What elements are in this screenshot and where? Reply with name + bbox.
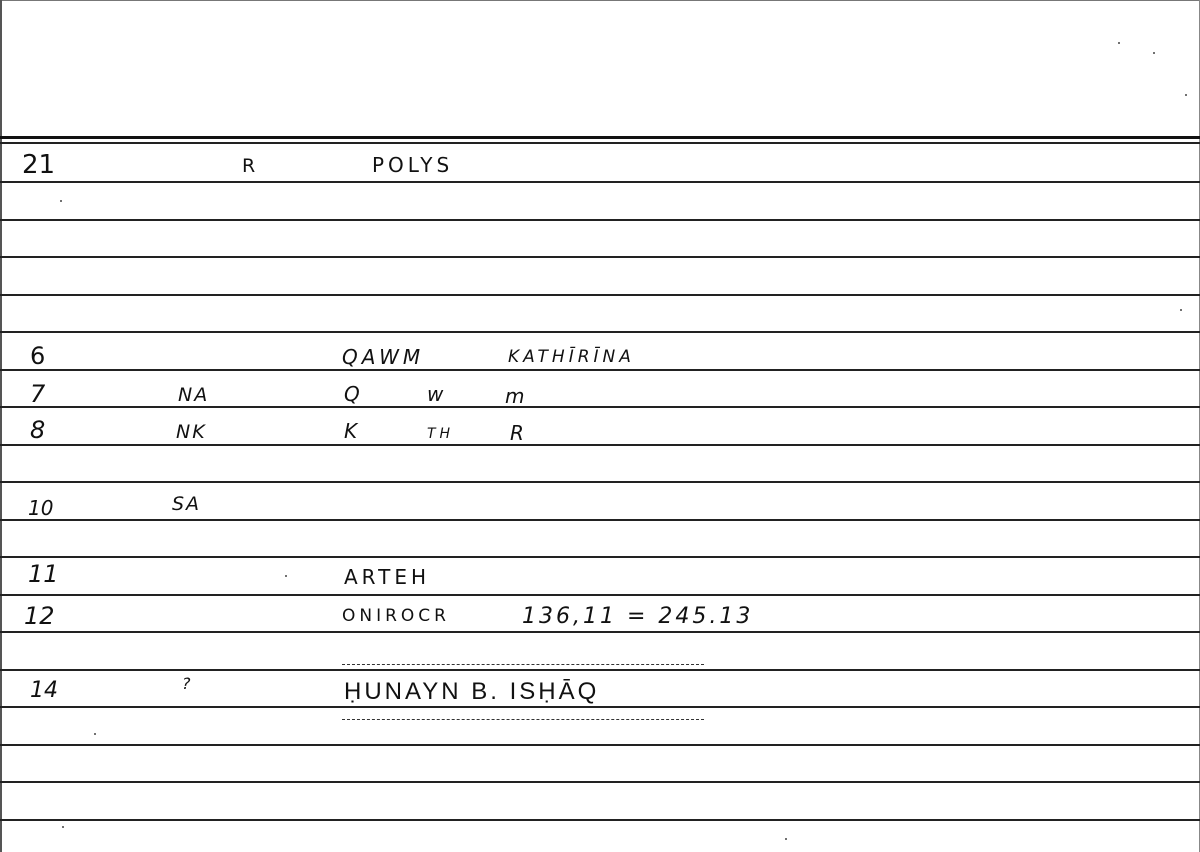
row-entry-note: KATHĪRĪNA [508, 349, 635, 366]
ruled-line [0, 181, 1200, 183]
ruled-line [0, 556, 1200, 558]
row-code: ? [182, 676, 193, 692]
ruled-line [0, 744, 1200, 746]
row-number: 12 [24, 604, 55, 628]
row-number: 8 [30, 418, 45, 442]
row-number: 7 [30, 382, 45, 406]
card-left-border [0, 0, 2, 852]
row-entry-part: TH [427, 427, 454, 441]
ruled-line [0, 631, 1200, 633]
ruled-line [0, 781, 1200, 783]
ruled-line [0, 481, 1200, 483]
ruled-line [0, 219, 1200, 221]
header-rule [0, 136, 1200, 139]
ruled-line [0, 444, 1200, 446]
ruled-line [0, 294, 1200, 296]
ruled-line [0, 819, 1200, 821]
row-number: 14 [30, 680, 58, 702]
card-top-edge [0, 0, 1200, 1]
row-code: NA [178, 386, 209, 405]
row-number: 11 [28, 562, 59, 586]
row-code: NK [176, 423, 207, 442]
header-rule-secondary [0, 142, 1200, 144]
scan-speck [285, 575, 287, 577]
row-number: 21 [22, 152, 55, 178]
row-entry-part: K [344, 421, 361, 441]
row-code: SA [172, 495, 201, 514]
row-entry-part: R [510, 423, 528, 443]
scan-speck [94, 733, 96, 735]
typed-entry: ḤUNAYN B. ISḤĀQ [344, 678, 599, 706]
scan-speck [60, 200, 62, 202]
row-number: 10 [28, 498, 53, 518]
ruled-line [0, 331, 1200, 333]
row-entry: ONIROCR [342, 608, 450, 625]
row-entry: POLYS [372, 155, 453, 175]
row-entry-part: Q [344, 384, 364, 404]
scan-speck [1180, 309, 1182, 311]
scan-speck [1118, 42, 1120, 44]
scan-speck [1185, 94, 1187, 96]
scan-speck [62, 826, 64, 828]
row-code: R [242, 157, 257, 176]
row-entry-part: W [427, 384, 447, 404]
row-entry: ARTEH [344, 567, 430, 587]
index-card: 21 R POLYS 6 QAWM KATHĪRĪNA 7 NA Q W M 8… [0, 0, 1200, 852]
row-entry: QAWM [342, 347, 424, 367]
ruled-line [0, 256, 1200, 258]
ruled-line [0, 369, 1200, 371]
ruled-line [0, 519, 1200, 521]
row-entry-note: 136,11 = 245.13 [522, 606, 753, 628]
ruled-line [0, 594, 1200, 596]
scan-speck [785, 838, 787, 840]
row-entry-part: M [505, 386, 528, 406]
row-number: 6 [30, 344, 45, 368]
ruled-line [0, 406, 1200, 408]
scan-speck [1153, 52, 1155, 54]
